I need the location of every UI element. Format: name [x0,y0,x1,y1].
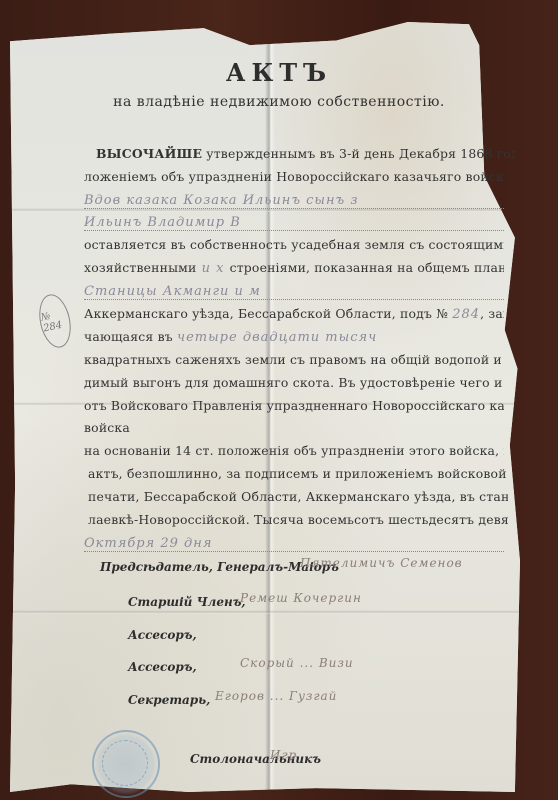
document-line: ложеніемъ объ упраздненіи Новороссійскаг… [84,169,504,184]
seal-stamp-icon [92,730,160,798]
handwritten-text: Станицы Акманги и м [84,284,261,299]
document-line: Аккерманскаго уѣзда, Бессарабской Област… [84,306,504,322]
document-line: Ильинъ Владимир В [84,214,504,231]
printed-text: войска [84,420,130,435]
handwritten-text: Вдов казака Козака Ильинъ сынъ з [84,193,358,208]
document-line: квадратныхъ саженяхъ земли съ правомъ на… [84,352,504,367]
document-line: чающаяся въ четыре двадцати тысяч [84,329,504,345]
document-line: лаевкѣ-Новороссійской. Тысяча восемьсотъ… [88,512,508,527]
printed-text: хозяйственными [84,260,196,275]
document-line: димый выгонъ для домашняго скота. Въ удо… [84,375,504,390]
handwritten-text: четыре двадцати тысяч [177,330,377,345]
document-line: ВЫСОЧАЙШЕ утвержденнымъ въ 3-й день Дека… [96,146,516,161]
printed-text: димый выгонъ для домашняго скота. Въ удо… [84,375,504,390]
handwritten-signature: Ремеш Кочергин [240,591,362,605]
printed-text: утвержденнымъ въ 3-й день Декабря 1868 г… [202,146,516,161]
document-line: оставляется въ собственность усадебная з… [84,237,504,252]
horizontal-fold [10,610,520,614]
document-line: хозяйственными и х строеніями, показанна… [84,260,504,276]
document-line: печати, Бессарабской Области, Аккерманск… [88,489,508,504]
handwritten-signature: Скорый ... Визи [240,656,354,670]
document-line: войска [84,420,504,435]
document-line: Вдов казака Козака Ильинъ сынъ з [84,192,504,209]
handwritten-text: 284 [452,307,480,322]
printed-text: оставляется въ собственность усадебная з… [84,237,504,252]
printed-text: печати, Бессарабской Области, Аккерманск… [88,489,508,504]
handwritten-signature: Егоров ... Гузгай [215,689,337,703]
printed-text: лаевкѣ-Новороссійской. Тысяча восемьсотъ… [88,512,508,527]
handwritten-text: и х [196,261,229,276]
handwritten-signature: Пятелимичъ Семенов [300,556,463,570]
printed-text: отъ Войсковаго Правленія упраздненнаго Н… [84,398,504,413]
signature-role-label: Ассесоръ, [128,628,197,642]
handwritten-signature: Игр [270,748,297,762]
document-line: актъ, безпошлинно, за подписемъ и прилож… [88,466,508,481]
signature-role-label: Столоначальникъ [190,752,321,766]
printed-text-bold: ВЫСОЧАЙШЕ [96,146,202,161]
printed-text: на основаніи 14 ст. положенія объ упразд… [84,443,504,458]
printed-text: актъ, безпошлинно, за подписемъ и прилож… [88,466,508,481]
signature-role-label: Секретарь, [128,693,210,707]
signature-role-label: Старшій Членъ, [128,595,246,609]
document-line: отъ Войсковаго Правленія упраздненнаго Н… [84,398,504,413]
printed-text: , заклю- [480,306,504,321]
handwritten-text: Октября 29 дня [84,536,212,551]
printed-text: строеніями, показанная на общемъ планѣ [230,260,504,275]
document-subtitle: на владѣніе недвижимою собственностію. [0,94,558,110]
document-line: Октября 29 дня [84,535,504,552]
document-title: АКТЪ [0,58,558,87]
signature-role-label: Ассесоръ, [128,660,197,674]
printed-text: Аккерманскаго уѣзда, Бессарабской Област… [84,306,452,321]
printed-text: ложеніемъ объ упраздненіи Новороссійскаг… [84,169,504,184]
printed-text: чающаяся въ [84,329,177,344]
handwritten-text: Ильинъ Владимир В [84,215,241,230]
document-line: Станицы Акманги и м [84,283,504,300]
printed-text: квадратныхъ саженяхъ земли съ правомъ на… [84,352,504,367]
document-line: на основаніи 14 ст. положенія объ упразд… [84,443,504,458]
